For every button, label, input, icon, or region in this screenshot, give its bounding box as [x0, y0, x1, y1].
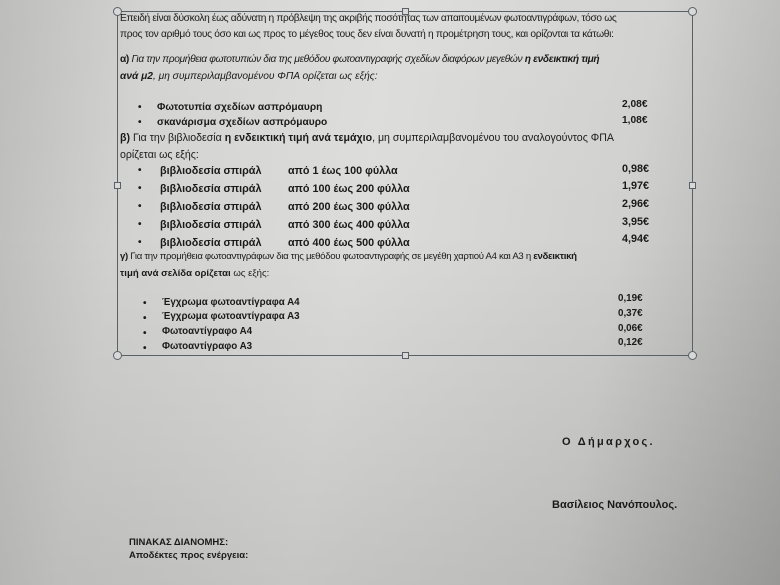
- list-item-price: 0,19€: [618, 292, 643, 306]
- list-item-label: Φωτοαντίγραφο Α3: [162, 340, 252, 354]
- bullet-icon: •: [143, 297, 147, 311]
- section-b-line-2: ορίζεται ως εξής:: [120, 148, 199, 162]
- resize-handle-middle-right[interactable]: [689, 182, 696, 189]
- section-b-vat-note: , μη συμπεριλαμβανομένου του αναλογούντο…: [372, 132, 614, 144]
- list-item-label: Φωτοτυπία σχεδίων ασπρόμαυρη: [157, 101, 322, 115]
- section-a-emphasis: η ενδεικτική τιμή: [525, 54, 600, 65]
- list-item-price: 1,97€: [622, 179, 649, 193]
- bullet-icon: •: [143, 327, 147, 341]
- list-item-price: 0,37€: [618, 307, 643, 321]
- section-c-emphasis: ενδεικτική: [533, 251, 576, 262]
- section-c-text: Για την προμήθεια φωτοαντιγράφων δια της…: [128, 251, 533, 262]
- list-item-label: βιβλιοδεσία σπιράλ: [160, 218, 261, 232]
- bullet-icon: •: [138, 116, 142, 130]
- section-a-vat-note: , μη συμπεριλαμβανομένου ΦΠΑ ορίζεται ως…: [153, 71, 378, 82]
- list-item-price: 4,94€: [622, 232, 649, 246]
- section-a-marker: α): [120, 54, 129, 65]
- resize-handle-middle-left[interactable]: [114, 182, 121, 189]
- bullet-icon: •: [138, 200, 142, 214]
- section-c-line-2: τιμή ανά σελίδα ορίζεται ως εξής:: [120, 267, 269, 281]
- list-item-price: 0,12€: [618, 336, 643, 350]
- section-c-unit: τιμή ανά σελίδα ορίζεται: [120, 268, 231, 279]
- distribution-recipients-label: Αποδέκτες προς ενέργεια:: [129, 550, 248, 561]
- list-item-label: Έγχρωμα φωτοαντίγραφα Α4: [162, 296, 300, 310]
- bullet-icon: •: [138, 236, 142, 250]
- list-item-price: 0,98€: [622, 162, 649, 176]
- list-item-label: σκανάρισμα σχεδίων ασπρόμαυρο: [157, 116, 327, 130]
- list-item-label: Φωτοαντίγραφο Α4: [162, 325, 252, 339]
- section-a-unit: ανά μ2: [120, 71, 153, 82]
- list-item-price: 2,96€: [622, 197, 649, 211]
- section-b-text: Για την βιβλιοδεσία: [130, 132, 225, 144]
- section-b-emphasis: η ενδεικτική τιμή ανά τεμάχιο: [225, 132, 372, 144]
- list-item-label: βιβλιοδεσία σπιράλ: [160, 200, 261, 214]
- bullet-icon: •: [138, 101, 142, 115]
- intro-line-1: Επειδή είναι δύσκολη έως αδύνατη η πρόβλ…: [120, 12, 616, 26]
- bullet-icon: •: [143, 342, 147, 356]
- bullet-icon: •: [138, 218, 142, 232]
- list-item-price: 3,95€: [622, 215, 649, 229]
- list-item-price: 2,08€: [622, 98, 648, 112]
- section-a-text: Για την προμήθεια φωτοτυπιών δια της μεθ…: [129, 54, 525, 65]
- list-item-range: από 100 έως 200 φύλλα: [288, 182, 410, 196]
- list-item-label: βιβλιοδεσία σπιράλ: [160, 164, 261, 178]
- distribution-heading: ΠΙΝΑΚΑΣ ΔΙΑΝΟΜΗΣ:: [129, 537, 228, 548]
- list-item-range: από 200 έως 300 φύλλα: [288, 200, 410, 214]
- signature-title: Ο Δήμαρχος.: [562, 436, 655, 448]
- list-item-label: βιβλιοδεσία σπιράλ: [160, 236, 261, 250]
- list-item-price: 0,06€: [618, 322, 643, 336]
- list-item-range: από 300 έως 400 φύλλα: [288, 218, 410, 232]
- list-item-range: από 400 έως 500 φύλλα: [288, 236, 410, 250]
- bullet-icon: •: [138, 164, 142, 178]
- bullet-icon: •: [143, 312, 147, 326]
- list-item-label: Έγχρωμα φωτοαντίγραφα Α3: [162, 310, 300, 324]
- bullet-icon: •: [138, 182, 142, 196]
- resize-handle-bottom-left[interactable]: [113, 351, 122, 360]
- resize-handle-bottom-right[interactable]: [688, 351, 697, 360]
- selected-text-box[interactable]: Επειδή είναι δύσκολη έως αδύνατη η πρόβλ…: [117, 11, 693, 356]
- list-item-price: 1,08€: [622, 114, 648, 128]
- list-item-range: από 1 έως 100 φύλλα: [288, 164, 398, 178]
- section-a-line-2: ανά μ2, μη συμπεριλαμβανομένου ΦΠΑ ορίζε…: [120, 70, 378, 84]
- section-c-line-1: γ) Για την προμήθεια φωτοαντιγράφων δια …: [120, 250, 577, 264]
- section-b-line-1: β) Για την βιβλιοδεσία η ενδεικτική τιμή…: [120, 131, 614, 145]
- list-item-label: βιβλιοδεσία σπιράλ: [160, 182, 261, 196]
- section-b-marker: β): [120, 132, 130, 144]
- intro-line-2: προς τον αριθμό τους όσο και ως προς το …: [120, 28, 614, 42]
- resize-handle-top-right[interactable]: [688, 7, 697, 16]
- section-a-line-1: α) Για την προμήθεια φωτοτυπιών δια της …: [120, 53, 599, 67]
- section-c-tail: ως εξής:: [231, 268, 270, 279]
- resize-handle-bottom-middle[interactable]: [402, 352, 409, 359]
- section-c-marker: γ): [120, 251, 128, 262]
- signature-name: Βασίλειος Νανόπουλος.: [552, 499, 677, 511]
